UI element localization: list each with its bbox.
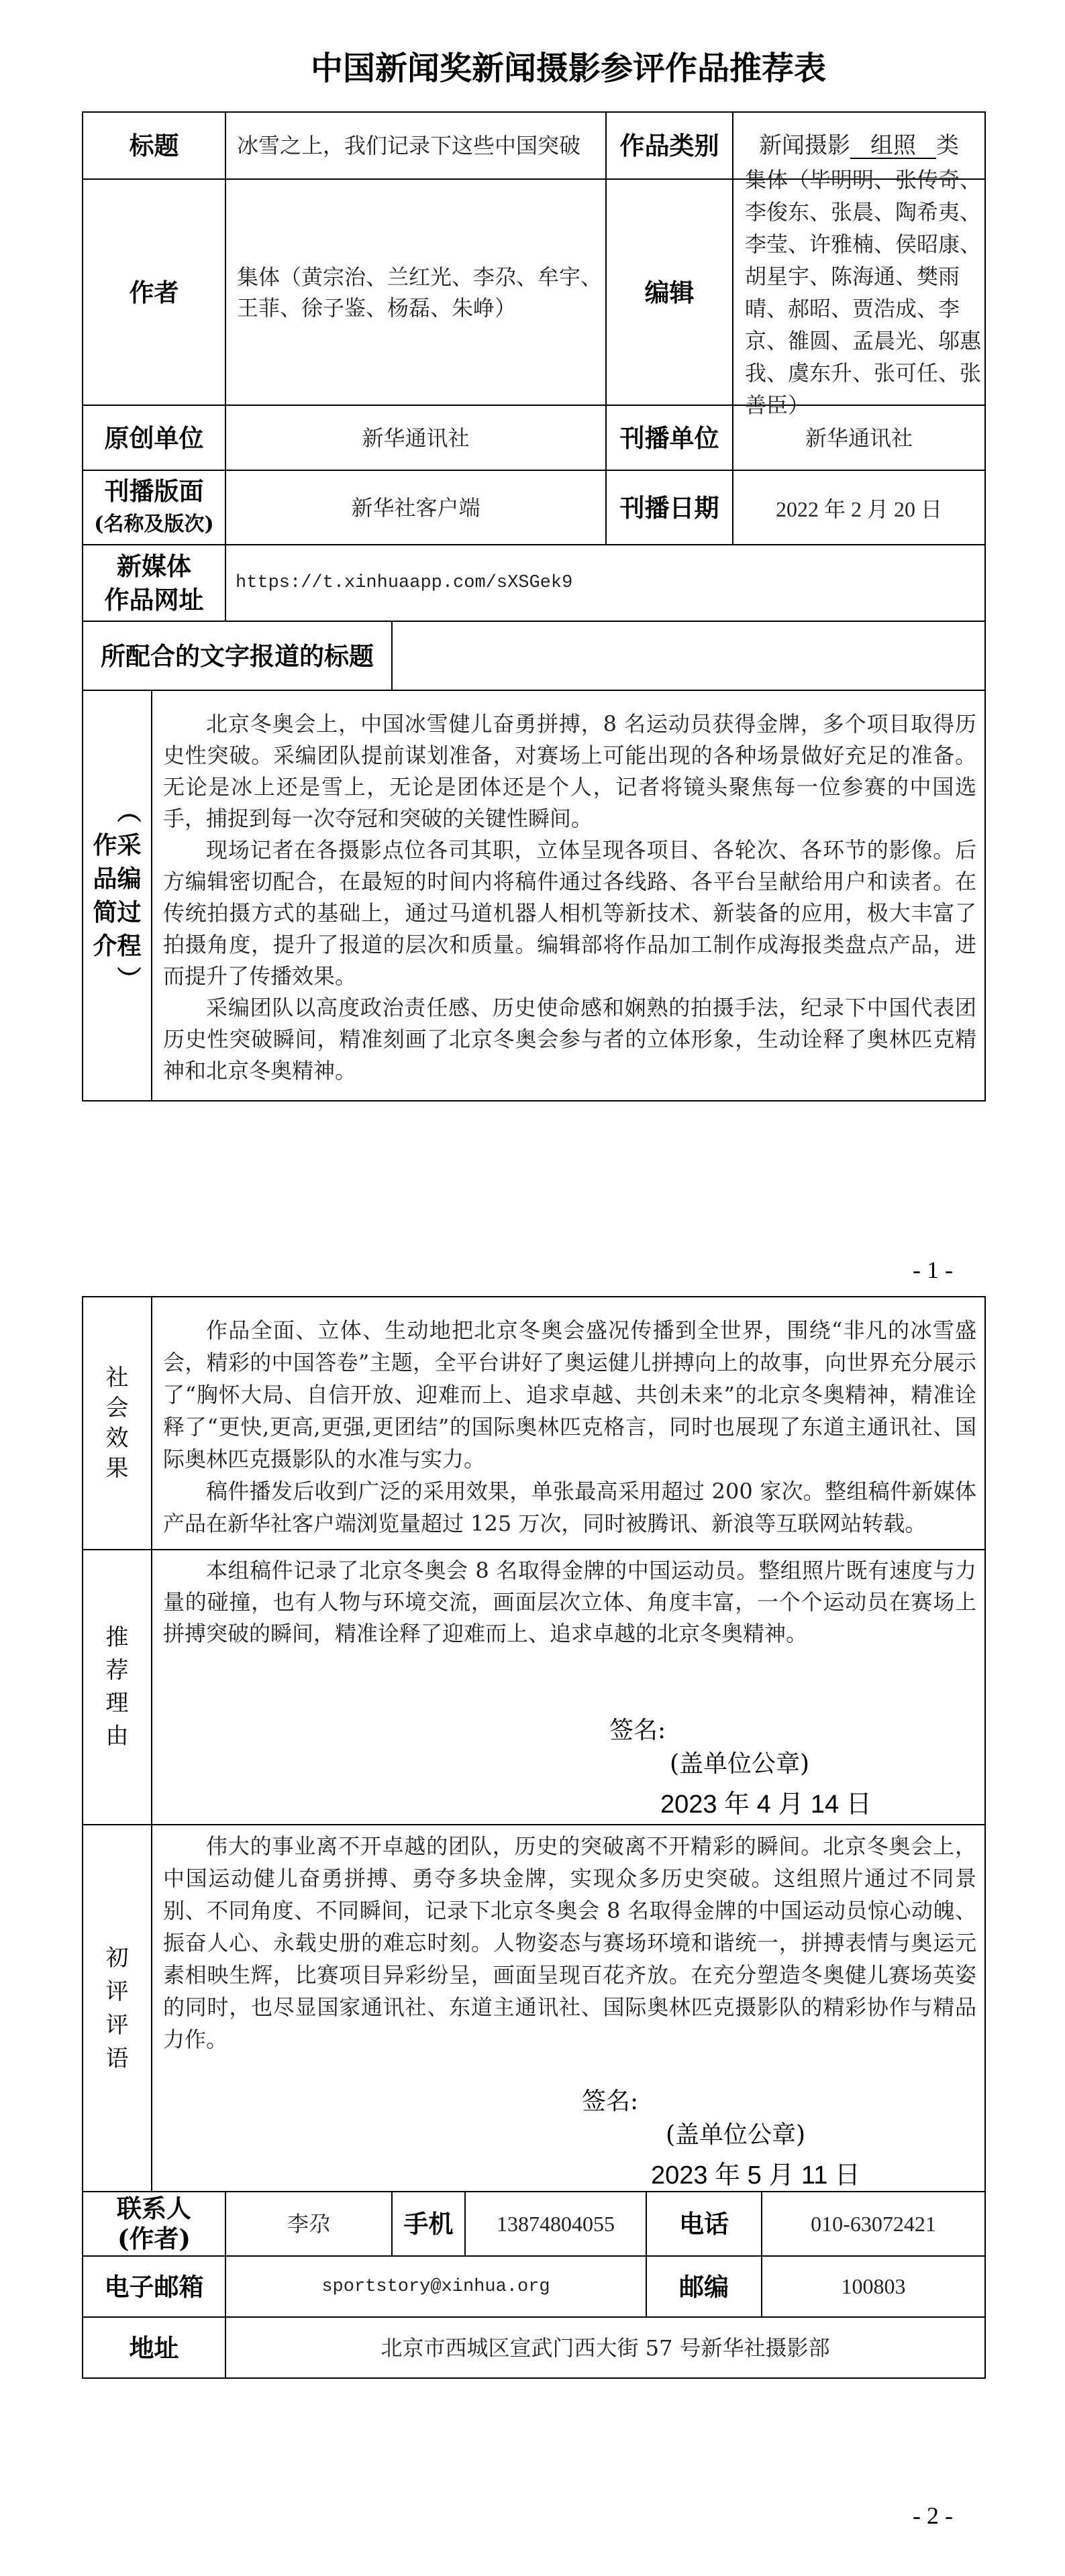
editor-label: 编辑 — [645, 276, 695, 309]
recommendation-date: 2023 年 4 月 14 日 — [660, 1791, 872, 1818]
recommendation-label-cell: 推荐理由 — [82, 1550, 152, 1825]
initial-review-date: 2023 年 5 月 11 日 — [651, 2162, 860, 2189]
author-value: 集体（黄宗治、兰红光、李尕、牟宇、王菲、徐子鉴、杨磊、朱峥） — [237, 262, 605, 323]
contact-name-cell: 李尕 — [226, 2192, 393, 2257]
recommendation-content-cell: 本组稿件记录了北京冬奥会 8 名取得金牌的中国运动员。整组照片既有速度与力量的碰… — [152, 1550, 986, 1825]
title-label: 标题 — [130, 129, 179, 162]
postcode-label-cell: 邮编 — [647, 2257, 762, 2318]
original-unit-label-cell: 原创单位 — [82, 406, 226, 471]
contact-name: 李尕 — [287, 2209, 330, 2239]
recommendation-paragraph: 本组稿件记录了北京冬奥会 8 名取得金牌的中国运动员。整组照片既有速度与力量的碰… — [163, 1555, 976, 1650]
publishing-layout-label-cell: 刊播版面 (名称及版次) — [82, 471, 226, 545]
initial-review-label: 初评评语 — [104, 1941, 131, 2076]
social-effect-label-cell: 社会效果 — [82, 1296, 152, 1550]
initial-review-stamp-note: (盖单位公章) — [666, 2122, 805, 2149]
title-value: 冰雪之上，我们记录下这些中国突破 — [237, 131, 580, 160]
email-label-cell: 电子邮箱 — [82, 2257, 226, 2318]
contact-label-line2: (作者) — [117, 2224, 191, 2254]
publishing-date-value: 2022 年 2 月 20 日 — [776, 492, 942, 523]
author-value-cell: 集体（黄宗治、兰红光、李尕、牟宇、王菲、徐子鉴、杨磊、朱峥） — [226, 180, 607, 406]
related-text-report-value-cell — [393, 622, 986, 691]
recommendation-signature-label: 签名: — [609, 1717, 666, 1744]
editor-label-cell: 编辑 — [607, 180, 733, 406]
new-media-url-label-line2: 作品网址 — [105, 583, 204, 616]
postcode-value-cell: 100803 — [762, 2257, 986, 2318]
original-unit-label: 原创单位 — [105, 422, 204, 454]
social-effect-content-cell: 作品全面、立体、生动地把北京冬奥会盛况传播到全世界，围绕“非凡的冰雪盛会，精彩的… — [152, 1296, 986, 1550]
initial-review-signature-label: 签名: — [582, 2088, 638, 2115]
publishing-date-value-cell: 2022 年 2 月 20 日 — [733, 471, 986, 545]
social-effect-paragraph: 稿件播发后收到广泛的采用效果，单张最高采用超过 200 家次。整组稿件新媒体产品… — [163, 1475, 976, 1540]
introduction-label-open-paren: ︵ — [93, 795, 142, 828]
introduction-label: ︵ 作采 品编 简过 介程 ︶ — [93, 795, 142, 996]
editor-value-cell: 集体（毕明明、张传奇、李俊东、张晨、陶希夷、李莹、许雅楠、侯昭康、胡星宇、陈海通… — [733, 180, 986, 406]
mobile-value: 13874804055 — [497, 2212, 615, 2237]
publishing-layout-label-main: 刊播版面 — [104, 474, 203, 508]
publishing-date-label-cell: 刊播日期 — [607, 471, 733, 545]
phone-value: 010-63072421 — [811, 2212, 936, 2237]
initial-review-paragraph: 伟大的事业离不开卓越的团队，历史的突破离不开精彩的瞬间。北京冬奥会上，中国运动健… — [163, 1830, 976, 2055]
publishing-layout-label-sub: (名称及版次) — [94, 508, 213, 541]
page-number-2: - 2 - — [913, 2502, 960, 2529]
category-prefix: 新闻摄影 — [759, 132, 850, 159]
related-text-report-label: 所配合的文字报道的标题 — [101, 640, 374, 672]
publishing-date-label: 刊播日期 — [620, 492, 719, 524]
new-media-url-value-cell: https://t.xinhuaapp.com/sXSGek9 — [226, 545, 986, 622]
introduction-label-row: 品编 — [93, 862, 142, 896]
category-suffix: 类 — [936, 132, 959, 159]
initial-review-label-cell: 初评评语 — [82, 1825, 152, 2192]
related-text-report-label-cell: 所配合的文字报道的标题 — [82, 622, 393, 691]
social-effect-paragraph: 作品全面、立体、生动地把北京冬奥会盛况传播到全世界，围绕“非凡的冰雪盛会，精彩的… — [163, 1314, 976, 1475]
address-label: 地址 — [130, 2332, 179, 2364]
publishing-layout-value: 新华社客户端 — [351, 493, 480, 523]
introduction-label-row: 作采 — [93, 828, 142, 862]
phone-value-cell: 010-63072421 — [762, 2192, 986, 2257]
address-value-cell: 北京市西城区宣武门西大街 57 号新华社摄影部 — [226, 2318, 986, 2379]
email-value-cell: sportstory@xinhua.org — [226, 2257, 647, 2318]
email-label: 电子邮箱 — [105, 2271, 204, 2303]
publishing-unit-value-cell: 新华通讯社 — [733, 406, 986, 471]
category-label-cell: 作品类别 — [607, 111, 733, 180]
mobile-value-cell: 13874804055 — [466, 2192, 647, 2257]
publishing-layout-value-cell: 新华社客户端 — [226, 471, 607, 545]
page-number-1: - 1 - — [913, 1256, 960, 1283]
original-unit-value-cell: 新华通讯社 — [226, 406, 607, 471]
introduction-label-cell: ︵ 作采 品编 简过 介程 ︶ — [82, 691, 152, 1102]
mobile-label: 手机 — [404, 2208, 454, 2240]
publishing-layout-label: 刊播版面 (名称及版次) — [94, 474, 213, 541]
introduction-content-cell: 北京冬奥会上，中国冰雪健儿奋勇拼搏，8 名运动员获得金牌，多个项目取得历史性突破… — [152, 691, 986, 1102]
publishing-unit-label: 刊播单位 — [620, 422, 719, 454]
social-effect-label: 社会效果 — [104, 1363, 131, 1484]
initial-review-content-cell: 伟大的事业离不开卓越的团队，历史的突破离不开精彩的瞬间。北京冬奥会上，中国运动健… — [152, 1825, 986, 2192]
recommendation-label: 推荐理由 — [104, 1621, 131, 1753]
phone-label: 电话 — [679, 2208, 729, 2240]
new-media-url-value: https://t.xinhuaapp.com/sXSGek9 — [236, 573, 572, 593]
title-value-cell: 冰雪之上，我们记录下这些中国突破 — [226, 111, 607, 180]
introduction-label-row: 简过 — [93, 896, 142, 929]
introduction-label-close-paren: ︶ — [93, 963, 142, 996]
phone-label-cell: 电话 — [647, 2192, 762, 2257]
introduction-label-row: 介程 — [93, 929, 142, 963]
postcode-label: 邮编 — [679, 2271, 729, 2303]
mobile-label-cell: 手机 — [393, 2192, 466, 2257]
new-media-url-label-cell: 新媒体 作品网址 — [82, 545, 226, 622]
title-label-cell: 标题 — [82, 111, 226, 180]
new-media-url-label-line1: 新媒体 — [117, 549, 191, 583]
document-title: 中国新闻奖新闻摄影参评作品推荐表 — [311, 48, 861, 89]
author-label-cell: 作者 — [82, 180, 226, 406]
category-value: 新闻摄影组照类 — [759, 132, 959, 159]
email-value: sportstory@xinhua.org — [321, 2277, 550, 2297]
introduction-paragraph: 现场记者在各摄影点位各司其职，立体呈现各项目、各轮次、各环节的影像。后方编辑密切… — [163, 835, 976, 992]
postcode-value: 100803 — [842, 2274, 906, 2299]
publishing-unit-label-cell: 刊播单位 — [607, 406, 733, 471]
original-unit-value: 新华通讯社 — [362, 423, 469, 453]
address-value: 北京市西城区宣武门西大街 57 号新华社摄影部 — [381, 2333, 829, 2363]
introduction-paragraph: 北京冬奥会上，中国冰雪健儿奋勇拼搏，8 名运动员获得金牌，多个项目取得历史性突破… — [163, 708, 976, 835]
introduction-paragraph: 采编团队以高度政治责任感、历史使命感和娴熟的拍摄手法，纪录下中国代表团历史性突破… — [163, 992, 976, 1087]
address-label-cell: 地址 — [82, 2318, 226, 2379]
new-media-url-label: 新媒体 作品网址 — [105, 549, 204, 616]
author-label: 作者 — [130, 276, 179, 309]
category-label: 作品类别 — [620, 129, 719, 162]
contact-label: 联系人 (作者) — [117, 2194, 191, 2254]
publishing-unit-value: 新华通讯社 — [805, 423, 913, 453]
editor-value: 集体（毕明明、张传奇、李俊东、张晨、陶希夷、李莹、许雅楠、侯昭康、胡星宇、陈海通… — [745, 164, 984, 421]
contact-label-cell: 联系人 (作者) — [82, 2192, 226, 2257]
contact-label-line1: 联系人 — [117, 2194, 191, 2224]
category-underlined-value: 组照 — [850, 133, 936, 159]
recommendation-stamp-note: (盖单位公章) — [670, 1751, 809, 1778]
